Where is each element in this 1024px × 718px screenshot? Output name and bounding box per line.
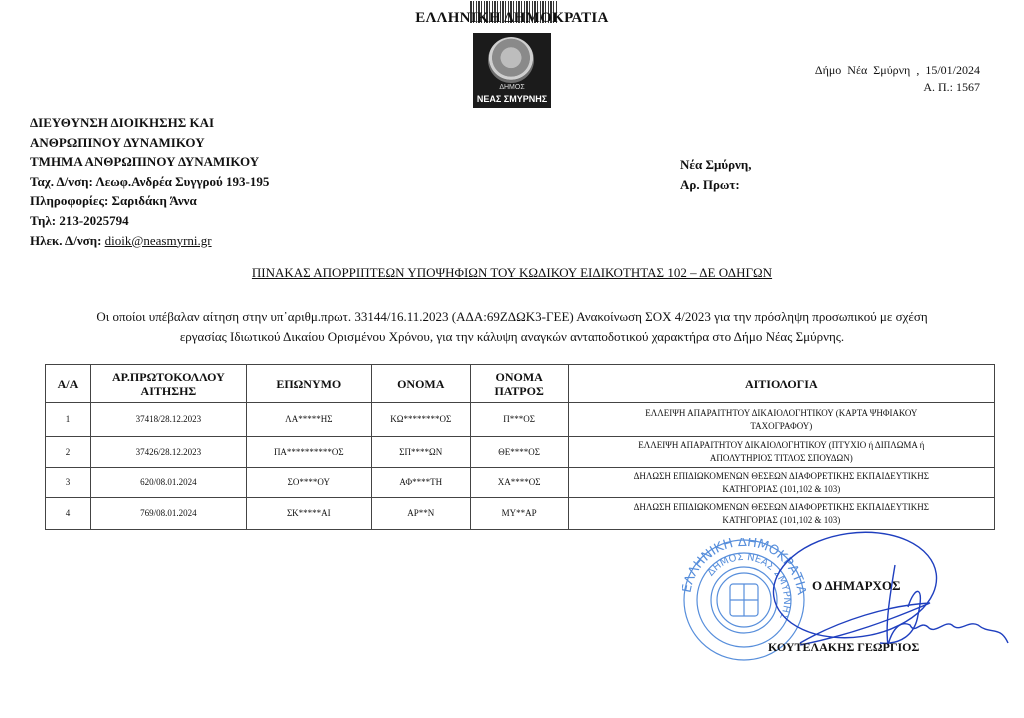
header-father-line: ΟΝΟΜΑ	[475, 370, 564, 384]
email-link[interactable]: dioik@neasmyrni.gr	[105, 233, 212, 248]
department-line: ΤΜΗΜΑ ΑΝΘΡΩΠΙΝΟΥ ΔΥΝΑΜΙΚΟΥ	[30, 152, 269, 172]
cell-father-name: ΧΑ****ΟΣ	[470, 468, 568, 498]
header-reason: ΑΙΤΙΟΛΟΓΙΑ	[568, 365, 994, 403]
contact-person-line: Πληροφορίες: Σαριδάκη Άννα	[30, 191, 269, 211]
date-line: Δήμο Νέα Σμύρνη , 15/01/2024	[815, 63, 980, 78]
municipality-logo: ΔΗΜΟΣ ΝΕΑΣ ΣΜΥΡΝΗΣ	[473, 33, 551, 108]
cell-father-name: ΘΕ****ΟΣ	[470, 437, 568, 468]
table-row: 2 37426/28.12.2023 ΠΑ**********ΟΣ ΣΠ****…	[46, 437, 995, 468]
cell-name: ΑΦ****ΤΗ	[371, 468, 470, 498]
header-protocol: ΑΡ.ΠΡΩΤΟΚΟΛΛΟΥΑΙΤΗΣΗΣ	[90, 365, 246, 403]
reason-line: ΤΑΧΟΓΡΑΦΟΥ)	[575, 420, 988, 433]
logo-lower-text: ΝΕΑΣ ΣΜΥΡΝΗΣ	[473, 94, 551, 104]
department-line: ΑΝΘΡΩΠΙΝΟΥ ΔΥΝΑΜΙΚΟΥ	[30, 133, 269, 153]
intro-paragraph: Οι οποίοι υπέβαλαν αίτηση στην υπ᾽αριθμ.…	[30, 307, 994, 347]
reason-line: ΕΛΛΕΙΨΗ ΑΠΑΡΑΙΤΗΤΟΥ ΔΙΚΑΙΟΛΟΓΗΤΙΚΟΥ (ΚΑΡ…	[575, 407, 988, 420]
reason-line: ΔΗΛΩΣΗ ΕΠΙΔΙΩΚΟΜΕΝΩΝ ΘΕΣΕΩΝ ΔΙΑΦΟΡΕΤΙΚΗΣ…	[575, 470, 988, 483]
header-father-line: ΠΑΤΡΟΣ	[475, 384, 564, 398]
cell-name: ΚΩ********ΟΣ	[371, 403, 470, 437]
mayor-name: ΚΟΥΤΕΛΑΚΗΣ ΓΕΩΡΓΙΟΣ	[768, 640, 919, 655]
cell-surname: ΣΟ****ΟΥ	[246, 468, 371, 498]
header-aa: Α/Α	[46, 365, 91, 403]
department-block: ΔΙΕΥΘΥΝΣΗ ΔΙΟΙΚΗΣΗΣ ΚΑΙ ΑΝΘΡΩΠΙΝΟΥ ΔΥΝΑΜ…	[30, 113, 269, 250]
municipality-coin-logo-icon	[488, 37, 534, 83]
header-protocol-line: ΑΡ.ΠΡΩΤΟΚΟΛΛΟΥ	[95, 370, 242, 384]
cell-aa: 4	[46, 498, 91, 530]
cell-name: ΣΠ****ΩΝ	[371, 437, 470, 468]
address-line: Ταχ. Δ/νση: Λεωφ.Ανδρέα Συγγρού 193-195	[30, 172, 269, 192]
department-line: ΔΙΕΥΘΥΝΣΗ ΔΙΟΙΚΗΣΗΣ ΚΑΙ	[30, 113, 269, 133]
cell-reason: ΕΛΛΕΙΨΗ ΑΠΑΡΑΙΤΗΤΟΥ ΔΙΚΑΙΟΛΟΓΗΤΙΚΟΥ (ΠΤΥ…	[568, 437, 994, 468]
email-line: Ηλεκ. Δ/νση: dioik@neasmyrni.gr	[30, 231, 269, 251]
cell-name: ΑΡ**Ν	[371, 498, 470, 530]
cell-reason: ΕΛΛΕΙΨΗ ΑΠΑΡΑΙΤΗΤΟΥ ΔΙΚΑΙΟΛΟΓΗΤΙΚΟΥ (ΚΑΡ…	[568, 403, 994, 437]
header-protocol-line: ΑΙΤΗΣΗΣ	[95, 384, 242, 398]
header-father-name: ΟΝΟΜΑΠΑΤΡΟΣ	[470, 365, 568, 403]
logo-upper-text: ΔΗΜΟΣ	[473, 84, 551, 91]
cell-protocol: 37418/28.12.2023	[90, 403, 246, 437]
document-title: ΠΙΝΑΚΑΣ ΑΠΟΡΡΙΠΤΕΩΝ ΥΠΟΨΗΦΙΩΝ ΤΟΥ ΚΩΔΙΚΟ…	[0, 265, 1024, 281]
reason-line: ΑΠΟΛΥΤΗΡΙΟΣ ΤΙΤΛΟΣ ΣΠΟΥΔΩΝ)	[575, 452, 988, 465]
cell-father-name: Π***ΟΣ	[470, 403, 568, 437]
cell-aa: 2	[46, 437, 91, 468]
intro-line: Οι οποίοι υπέβαλαν αίτηση στην υπ᾽αριθμ.…	[30, 307, 994, 327]
cell-aa: 1	[46, 403, 91, 437]
rejected-candidates-table: Α/Α ΑΡ.ΠΡΩΤΟΚΟΛΛΟΥΑΙΤΗΣΗΣ ΕΠΩΝΥΜΟ ΟΝΟΜΑ …	[45, 364, 995, 530]
cell-surname: ΣΚ*****ΑΙ	[246, 498, 371, 530]
reason-line: ΚΑΤΗΓΟΡΙΑΣ (101,102 & 103)	[575, 483, 988, 496]
reason-line: ΕΛΛΕΙΨΗ ΑΠΑΡΑΙΤΗΤΟΥ ΔΙΚΑΙΟΛΟΓΗΤΙΚΟΥ (ΠΤΥ…	[575, 439, 988, 452]
place-city: Νέα Σμύρνη,	[680, 155, 751, 175]
intro-line: εργασίας Ιδιωτικού Δικαίου Ορισμένου Χρό…	[30, 327, 994, 347]
table-header-row: Α/Α ΑΡ.ΠΡΩΤΟΚΟΛΛΟΥΑΙΤΗΣΗΣ ΕΠΩΝΥΜΟ ΟΝΟΜΑ …	[46, 365, 995, 403]
place-protocol: Αρ. Πρωτ:	[680, 175, 751, 195]
cell-protocol: 620/08.01.2024	[90, 468, 246, 498]
cell-protocol: 37426/28.12.2023	[90, 437, 246, 468]
cell-surname: ΠΑ**********ΟΣ	[246, 437, 371, 468]
header-name: ΟΝΟΜΑ	[371, 365, 470, 403]
table-row: 3 620/08.01.2024 ΣΟ****ΟΥ ΑΦ****ΤΗ ΧΑ***…	[46, 468, 995, 498]
phone-line: Τηλ: 213-2025794	[30, 211, 269, 231]
cell-aa: 3	[46, 468, 91, 498]
cell-father-name: ΜΥ**ΑΡ	[470, 498, 568, 530]
cell-surname: ΛΑ*****ΗΣ	[246, 403, 371, 437]
protocol-number: Α. Π.: 1567	[923, 80, 980, 95]
place-block: Νέα Σμύρνη, Αρ. Πρωτ:	[680, 155, 751, 194]
republic-heading: ΕΛΛΗΝΙΚΗ ΔΗΜΟΚΡΑΤΙΑ	[0, 10, 1024, 27]
header-surname: ΕΠΩΝΥΜΟ	[246, 365, 371, 403]
cell-reason: ΔΗΛΩΣΗ ΕΠΙΔΙΩΚΟΜΕΝΩΝ ΘΕΣΕΩΝ ΔΙΑΦΟΡΕΤΙΚΗΣ…	[568, 468, 994, 498]
table-row: 1 37418/28.12.2023 ΛΑ*****ΗΣ ΚΩ********Ο…	[46, 403, 995, 437]
email-label: Ηλεκ. Δ/νση:	[30, 233, 105, 248]
cell-protocol: 769/08.01.2024	[90, 498, 246, 530]
reason-line: ΔΗΛΩΣΗ ΕΠΙΔΙΩΚΟΜΕΝΩΝ ΘΕΣΕΩΝ ΔΙΑΦΟΡΕΤΙΚΗΣ…	[575, 501, 988, 514]
